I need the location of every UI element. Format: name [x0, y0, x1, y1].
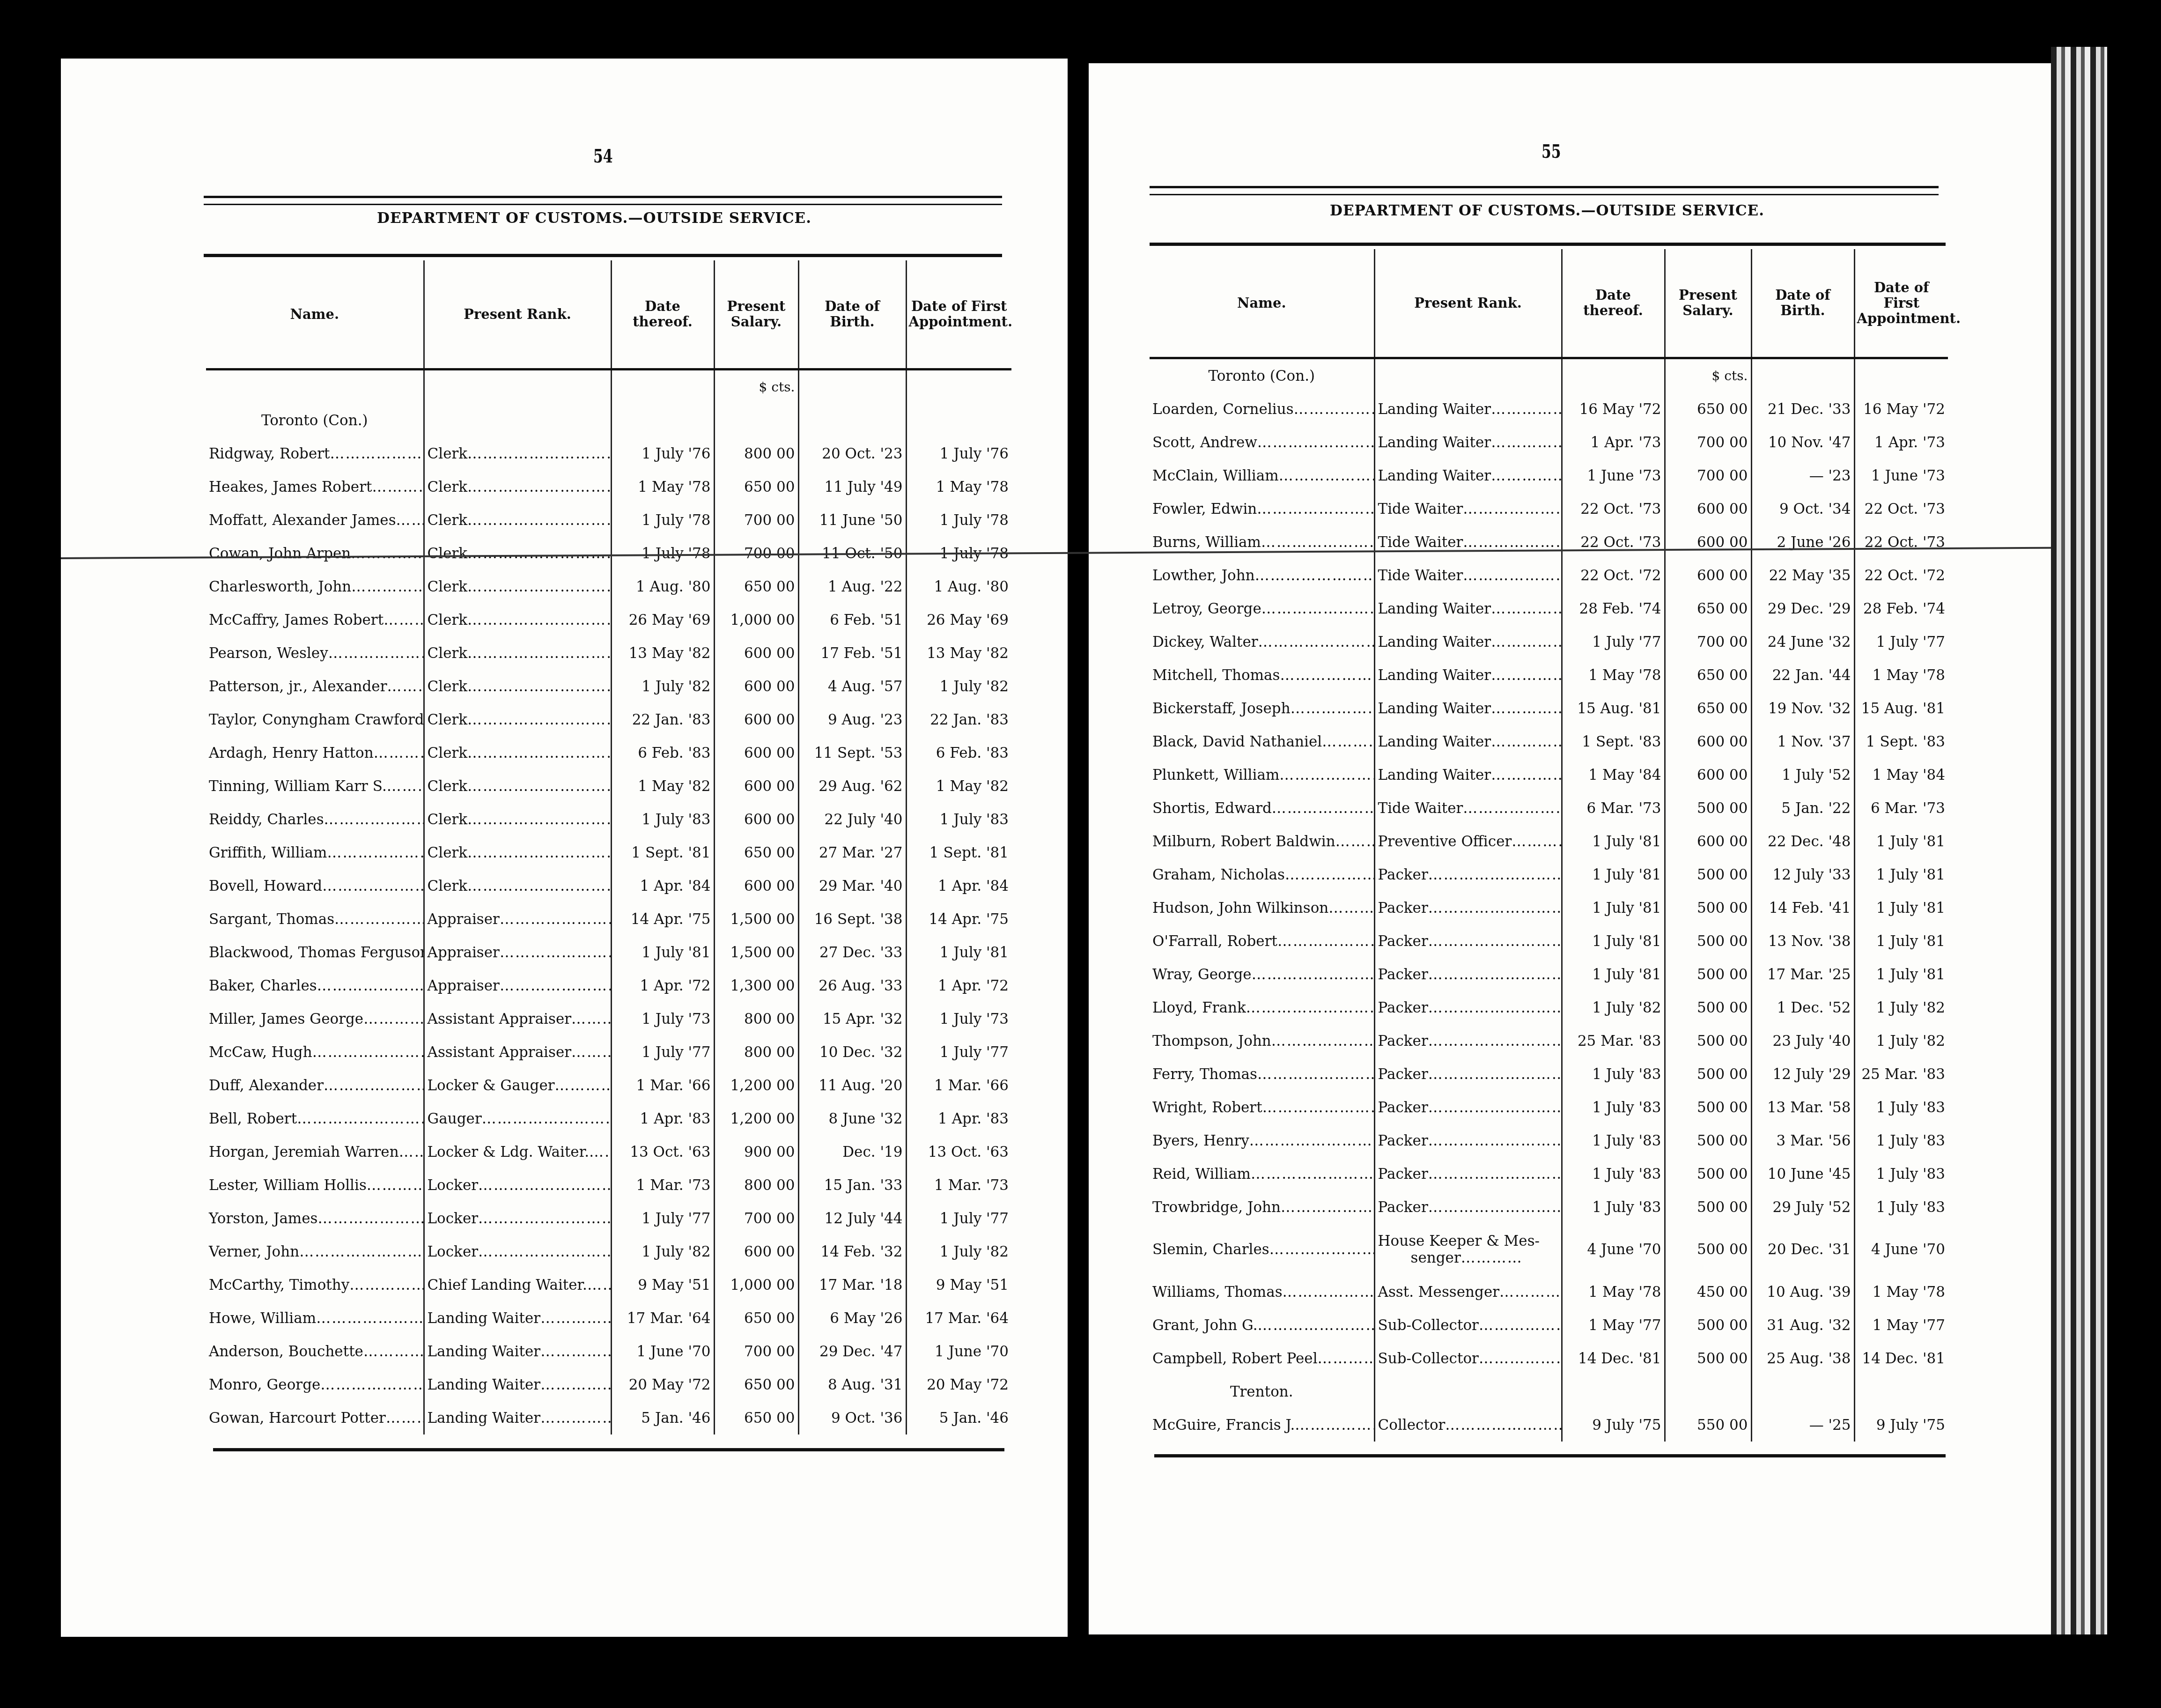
- name-cell: Black, David Nathaniel……………………………………: [1150, 725, 1374, 758]
- rank-cell: Clerk……………………………………: [424, 603, 611, 636]
- name-cell: Mitchell, Thomas……………………………………: [1150, 658, 1374, 692]
- table-row: Lester, William Hollis……………………………………Lock…: [206, 1168, 1011, 1202]
- leader-dots: ……………………………………: [1428, 900, 1562, 917]
- birth-date-cell: 17 Mar. '18: [798, 1268, 906, 1301]
- page-number-right: 55: [1541, 140, 1561, 163]
- salary-cell: 800 00: [714, 1002, 798, 1035]
- first-appointment-cell: 6 Feb. '83: [906, 736, 1011, 769]
- rank-text: Appraiser: [428, 911, 500, 928]
- rank-text: Locker: [428, 1210, 479, 1227]
- name-text: Mitchell, Thomas: [1152, 667, 1280, 684]
- table-row: Williams, Thomas……………………………………Asst. Mess…: [1150, 1275, 1948, 1309]
- name-text: Black, David Nathaniel: [1152, 733, 1322, 750]
- rank-cell: Locker……………………………………: [424, 1202, 611, 1235]
- rank-text: Asst. Messenger: [1378, 1284, 1500, 1301]
- leader-dots: ……………………………………: [363, 1343, 424, 1360]
- empty-cell: [1854, 1375, 1948, 1408]
- column-header: Date of Birth.: [798, 260, 906, 370]
- leader-dots: ……………………………………: [1428, 966, 1562, 983]
- leader-dots: ……………………………………: [1491, 467, 1562, 484]
- rank-cell: House Keeper & Mes-senger…………: [1374, 1224, 1562, 1275]
- name-text: Milburn, Robert Baldwin: [1152, 833, 1335, 850]
- first-appointment-cell: 1 July '82: [1854, 1024, 1948, 1057]
- salary-cell: 800 00: [714, 1168, 798, 1202]
- date-thereof-cell: 1 July '81: [1562, 825, 1665, 858]
- name-text: Scott, Andrew: [1152, 434, 1257, 451]
- table-row: Mitchell, Thomas……………………………………Landing Wa…: [1150, 658, 1948, 692]
- birth-date-cell: 10 Aug. '39: [1751, 1275, 1854, 1309]
- leader-dots: ……………………………………: [1491, 600, 1562, 617]
- leader-dots: ……………………………………: [1258, 634, 1374, 651]
- leader-dots: ……………………………………: [1428, 1099, 1562, 1116]
- name-text: Baker, Charles: [209, 977, 317, 994]
- leader-dots: ……………………………………: [467, 778, 611, 795]
- name-cell: Reid, William……………………………………: [1150, 1157, 1374, 1190]
- date-thereof-cell: 9 July '75: [1562, 1408, 1665, 1442]
- rank-cell: Chief Landing Waiter.……………………………………: [424, 1268, 611, 1301]
- salary-cell: 500 00: [1665, 1190, 1751, 1224]
- rank-text: Landing Waiter: [428, 1310, 541, 1327]
- salary-cell: 900 00: [714, 1135, 798, 1168]
- table-row: Reid, William……………………………………Packer……………………: [1150, 1157, 1948, 1190]
- name-cell: Reiddy, Charles……………………………………: [206, 803, 424, 836]
- first-appointment-cell: 1 July '83: [1854, 1190, 1948, 1224]
- salary-cell: 1,300 00: [714, 969, 798, 1002]
- leader-dots: ……………………………………: [399, 1144, 424, 1161]
- birth-date-cell: 29 July '52: [1751, 1190, 1854, 1224]
- empty-cell: [906, 370, 1011, 404]
- salary-cell: 500 00: [1665, 1157, 1751, 1190]
- name-text: Bickerstaff, Joseph: [1152, 700, 1291, 717]
- rank-text: Tide Waiter: [1378, 567, 1463, 584]
- date-thereof-cell: 1 July '83: [611, 803, 714, 836]
- salary-cell: 600 00: [714, 1235, 798, 1268]
- salary-cell: 500 00: [1665, 958, 1751, 991]
- leader-dots: ……………………………………: [587, 1277, 611, 1294]
- name-text: Dickey, Walter: [1152, 634, 1258, 651]
- date-thereof-cell: 1 July '76: [611, 437, 714, 470]
- first-appointment-cell: 1 May '77: [1854, 1309, 1948, 1342]
- birth-date-cell: 17 Mar. '25: [1751, 958, 1854, 991]
- name-text: Bovell, Howard: [209, 878, 322, 895]
- salary-cell: 700 00: [1665, 459, 1751, 492]
- leader-dots: ……………………………………: [1512, 833, 1562, 850]
- salary-cell: 650 00: [714, 470, 798, 503]
- birth-date-cell: 12 July '44: [798, 1202, 906, 1235]
- leader-dots: ……………………………………: [1428, 1066, 1562, 1083]
- first-appointment-cell: 1 Sept. '81: [906, 836, 1011, 869]
- name-text: Lester, William Hollis: [209, 1177, 367, 1194]
- name-text: Grant, John G.: [1152, 1317, 1258, 1334]
- first-appointment-cell: 1 July '81: [1854, 958, 1948, 991]
- rank-cell: Landing Waiter……………………………………: [1374, 658, 1562, 692]
- table-row: Pearson, Wesley……………………………………Clerk…………………: [206, 636, 1011, 670]
- date-thereof-cell: 1 July '78: [611, 503, 714, 537]
- name-text: Fowler, Edwin: [1152, 501, 1257, 518]
- name-cell: Patterson, jr., Alexander……………………………………: [206, 670, 424, 703]
- rank-cell: Packer……………………………………: [1374, 1091, 1562, 1124]
- salary-cell: 500 00: [1665, 1342, 1751, 1375]
- birth-date-cell: 2 June '26: [1751, 525, 1854, 559]
- first-appointment-cell: 1 July '77: [906, 1035, 1011, 1069]
- rank-text: Packer: [1378, 1199, 1428, 1216]
- name-text: Reid, William: [1152, 1166, 1251, 1183]
- table-row: Plunkett, William……………………………………Landing W…: [1150, 758, 1948, 791]
- section-row: Toronto (Con.)$ cts.: [1150, 358, 1948, 393]
- table-row: Heakes, James Robert……………………………………Clerk……: [206, 470, 1011, 503]
- rank-text: Clerk: [428, 745, 468, 762]
- name-cell: Byers, Henry……………………………………: [1150, 1124, 1374, 1157]
- table-row: Charlesworth, John……………………………………Clerk…………: [206, 570, 1011, 603]
- date-thereof-cell: 14 Dec. '81: [1562, 1342, 1665, 1375]
- birth-date-cell: Dec. '19: [798, 1135, 906, 1168]
- name-text: Pearson, Wesley: [209, 645, 328, 662]
- first-appointment-cell: 1 July '77: [1854, 625, 1948, 658]
- first-appointment-cell: 25 Mar. '83: [1854, 1057, 1948, 1091]
- table-row: Wray, George……………………………………Packer………………………: [1150, 958, 1948, 991]
- birth-date-cell: 22 Dec. '48: [1751, 825, 1854, 858]
- name-text: Sargant, Thomas: [209, 911, 334, 928]
- leader-dots: ……………………………………: [1428, 1132, 1562, 1149]
- leader-dots: ……………………………………: [500, 977, 611, 994]
- salary-cell: 650 00: [714, 1301, 798, 1335]
- name-text: Bell, Robert: [209, 1110, 297, 1127]
- date-thereof-cell: 1 July '83: [1562, 1091, 1665, 1124]
- birth-date-cell: 25 Aug. '38: [1751, 1342, 1854, 1375]
- leader-dots: ……………………………………: [467, 678, 611, 695]
- table-row: Horgan, Jeremiah Warren……………………………………Loc…: [206, 1135, 1011, 1168]
- date-thereof-cell: 20 May '72: [611, 1368, 714, 1401]
- rank-cell: Tide Waiter……………………………………: [1374, 559, 1562, 592]
- rank-cell: Clerk……………………………………: [424, 537, 611, 570]
- first-appointment-cell: 1 July '78: [906, 503, 1011, 537]
- name-text: O'Farrall, Robert: [1152, 933, 1277, 950]
- leader-dots: ……………………………………: [467, 844, 611, 861]
- birth-date-cell: 22 Jan. '44: [1751, 658, 1854, 692]
- empty-cell: [1751, 1375, 1854, 1408]
- birth-date-cell: 12 July '29: [1751, 1057, 1854, 1091]
- table-row: McCaw, Hugh……………………………………Assistant Appra…: [206, 1035, 1011, 1069]
- rank-cell: Packer……………………………………: [1374, 991, 1562, 1024]
- name-cell: Thompson, John……………………………………: [1150, 1024, 1374, 1057]
- leader-dots: ……………………………………: [500, 911, 611, 928]
- salary-cell: 650 00: [1665, 392, 1751, 426]
- salary-cell: 1,200 00: [714, 1069, 798, 1102]
- leader-dots: ……………………………………: [1428, 999, 1562, 1016]
- leader-dots: ……………………………………: [1257, 501, 1374, 518]
- first-appointment-cell: 1 May '78: [1854, 658, 1948, 692]
- name-text: Howe, William: [209, 1310, 316, 1327]
- name-text: Yorston, James: [209, 1210, 318, 1227]
- table-row: Taylor, Conyngham Crawford………………………………………: [206, 703, 1011, 736]
- header-rule-top-left: [204, 196, 1002, 205]
- leader-dots: ……………………………………: [1463, 800, 1562, 817]
- empty-cell: [714, 404, 798, 437]
- birth-date-cell: 27 Dec. '33: [798, 936, 906, 969]
- leader-dots: ……………………………………: [571, 1011, 611, 1028]
- column-header: Name.: [206, 260, 424, 370]
- leader-dots: ……………………………………: [320, 1376, 424, 1393]
- date-thereof-cell: 1 Sept. '83: [1562, 725, 1665, 758]
- rank-text: Clerk: [428, 612, 468, 628]
- rank-cell: Landing Waiter……………………………………: [1374, 459, 1562, 492]
- rank-text: Clerk: [428, 512, 468, 529]
- first-appointment-cell: 1 Apr. '73: [1854, 426, 1948, 459]
- table-bottom-rule-right: [1154, 1454, 1946, 1457]
- section-title: Toronto (Con.): [1150, 358, 1374, 393]
- table-row: Trowbridge, John……………………………………Packer……………: [1150, 1190, 1948, 1224]
- table-row: Lowther, John……………………………………Tide Waiter………: [1150, 559, 1948, 592]
- first-appointment-cell: 1 July '82: [906, 1235, 1011, 1268]
- first-appointment-cell: 1 June '73: [1854, 459, 1948, 492]
- salary-cell: 600 00: [1665, 525, 1751, 559]
- name-cell: Wright, Robert……………………………………: [1150, 1091, 1374, 1124]
- rank-cell: Tide Waiter……………………………………: [1374, 525, 1562, 559]
- name-text: Miller, James George: [209, 1011, 363, 1028]
- name-cell: Verner, John……………………………………: [206, 1235, 424, 1268]
- date-thereof-cell: 1 July '78: [611, 537, 714, 570]
- birth-date-cell: 31 Aug. '32: [1751, 1309, 1854, 1342]
- first-appointment-cell: 1 July '83: [1854, 1091, 1948, 1124]
- table-row: Duff, Alexander……………………………………Locker & Ga…: [206, 1069, 1011, 1102]
- leader-dots: ……………………………………: [351, 578, 424, 595]
- leader-dots: ……………………………………: [467, 612, 611, 628]
- table-row: Patterson, jr., Alexander……………………………………C…: [206, 670, 1011, 703]
- leader-dots: ……………………………………: [467, 445, 611, 462]
- rank-text: Clerk: [428, 545, 468, 562]
- salary-cell: 600 00: [714, 769, 798, 803]
- first-appointment-cell: 26 May '69: [906, 603, 1011, 636]
- birth-date-cell: 1 July '52: [1751, 758, 1854, 791]
- leader-dots: ……………………………………: [1479, 1350, 1562, 1367]
- empty-cell: [611, 370, 714, 404]
- salary-cell: 600 00: [714, 670, 798, 703]
- name-cell: McGuire, Francis J.……………………………………: [1150, 1408, 1374, 1442]
- name-text: McGuire, Francis J.: [1152, 1417, 1295, 1434]
- salary-cell: 650 00: [1665, 692, 1751, 725]
- table-row: McCaffry, James Robert……………………………………Cler…: [206, 603, 1011, 636]
- name-text: Wray, George: [1152, 966, 1252, 983]
- rank-cell: Locker……………………………………: [424, 1168, 611, 1202]
- name-cell: Cowan, John Arpen……………………………………: [206, 537, 424, 570]
- leader-dots: ……………………………………: [478, 1210, 611, 1227]
- empty-cell: [798, 404, 906, 437]
- date-thereof-cell: 1 July '81: [1562, 958, 1665, 991]
- rank-text: Assistant Appraiser: [428, 1011, 572, 1028]
- leader-dots: ……………………………………: [1499, 1284, 1562, 1301]
- first-appointment-cell: 1 July '81: [1854, 858, 1948, 891]
- rank-cell: Landing Waiter……………………………………: [1374, 725, 1562, 758]
- empty-cell: [1374, 1375, 1562, 1408]
- header-rule-bottom-left: [204, 254, 1002, 257]
- rank-text: Landing Waiter: [1378, 767, 1491, 784]
- birth-date-cell: 24 June '32: [1751, 625, 1854, 658]
- section-title: Trenton.: [1150, 1375, 1374, 1408]
- date-thereof-cell: 1 July '83: [1562, 1190, 1665, 1224]
- leader-dots: ……………………………………: [334, 911, 424, 928]
- leader-dots: ……………………………………: [1428, 1199, 1562, 1216]
- salary-cell: 600 00: [714, 869, 798, 902]
- birth-date-cell: 29 Dec. '47: [798, 1335, 906, 1368]
- birth-date-cell: 29 Dec. '29: [1751, 592, 1854, 625]
- salary-cell: 1,500 00: [714, 902, 798, 936]
- roster-table-right: Name.Present Rank.Date thereof.Present S…: [1150, 249, 1948, 1442]
- name-cell: Yorston, James……………………………………: [206, 1202, 424, 1235]
- date-thereof-cell: 1 July '81: [1562, 858, 1665, 891]
- name-cell: Letroy, George……………………………………: [1150, 592, 1374, 625]
- salary-cell: 650 00: [1665, 658, 1751, 692]
- table-row: Milburn, Robert Baldwin……………………………………Pre…: [1150, 825, 1948, 858]
- rank-cell: Clerk……………………………………: [424, 769, 611, 803]
- name-text: Griffith, William: [209, 844, 327, 861]
- header-rule-top-right: [1150, 186, 1939, 195]
- birth-date-cell: 3 Mar. '56: [1751, 1124, 1854, 1157]
- date-thereof-cell: 1 May '78: [1562, 1275, 1665, 1309]
- date-thereof-cell: 17 Mar. '64: [611, 1301, 714, 1335]
- table-row: Griffith, William……………………………………Clerk……………: [206, 836, 1011, 869]
- birth-date-cell: 9 Aug. '23: [798, 703, 906, 736]
- leader-dots: ……………………………………: [1271, 1033, 1374, 1050]
- leader-dots: ……………………………………: [324, 1077, 424, 1094]
- rank-text: Landing Waiter: [1378, 733, 1491, 750]
- table-row: Loarden, Cornelius……………………………………Landing …: [1150, 392, 1948, 426]
- table-row: Graham, Nicholas……………………………………Packer……………: [1150, 858, 1948, 891]
- name-text: Trowbridge, John: [1152, 1199, 1281, 1216]
- leader-dots: ……………………………………: [1251, 1166, 1374, 1183]
- leader-dots: ……………………………………: [467, 578, 611, 595]
- leader-dots: ……………………………………: [324, 811, 424, 828]
- empty-cell: [906, 404, 1011, 437]
- table-row: McClain, William……………………………………Landing Wa…: [1150, 459, 1948, 492]
- name-cell: Bovell, Howard……………………………………: [206, 869, 424, 902]
- rank-text: Packer: [1378, 933, 1428, 950]
- rank-cell: Packer……………………………………: [1374, 1124, 1562, 1157]
- table-row: Reiddy, Charles……………………………………Clerk…………………: [206, 803, 1011, 836]
- first-appointment-cell: 1 Apr. '84: [906, 869, 1011, 902]
- first-appointment-cell: 15 Aug. '81: [1854, 692, 1948, 725]
- leader-dots: ……………………………………: [1479, 1317, 1562, 1334]
- date-thereof-cell: 1 May '84: [1562, 758, 1665, 791]
- rank-cell: Tide Waiter……………………………………: [1374, 791, 1562, 825]
- rank-text: Locker & Gauger: [428, 1077, 555, 1094]
- leader-dots: ……………………………………: [1279, 767, 1374, 784]
- first-appointment-cell: 1 July '83: [1854, 1124, 1948, 1157]
- leader-dots: ……………………………………: [467, 811, 611, 828]
- leader-dots: ……………………………………: [1491, 667, 1562, 684]
- salary-cell: 650 00: [714, 1401, 798, 1434]
- leader-dots: ……………………………………: [1291, 700, 1374, 717]
- rank-text: Gauger: [428, 1110, 482, 1127]
- salary-cell: 700 00: [714, 1335, 798, 1368]
- rank-cell: Sub-Collector……………………………………: [1374, 1342, 1562, 1375]
- rank-text: Preventive Officer: [1378, 833, 1512, 850]
- salary-cell: 600 00: [1665, 559, 1751, 592]
- leader-dots: ……………………………………: [467, 878, 611, 895]
- rank-text: Clerk: [428, 678, 468, 695]
- birth-date-cell: 20 Oct. '23: [798, 437, 906, 470]
- salary-cell: 800 00: [714, 1035, 798, 1069]
- leader-dots: ……………………………………: [589, 1144, 611, 1161]
- first-appointment-cell: 1 July '81: [1854, 891, 1948, 924]
- name-cell: Miller, James George……………………………………: [206, 1002, 424, 1035]
- name-text: Thompson, John: [1152, 1033, 1271, 1050]
- date-thereof-cell: 25 Mar. '83: [1562, 1024, 1665, 1057]
- empty-cell: [1854, 358, 1948, 393]
- name-text: Verner, John: [209, 1243, 299, 1260]
- rank-text: Landing Waiter: [1378, 600, 1491, 617]
- name-text: Williams, Thomas: [1152, 1284, 1283, 1301]
- name-cell: Bell, Robert……………………………………: [206, 1102, 424, 1135]
- rank-cell: Packer……………………………………: [1374, 958, 1562, 991]
- table-row: Monro, George……………………………………Landing Waite…: [206, 1368, 1011, 1401]
- name-text: Lowther, John: [1152, 567, 1255, 584]
- rank-cell: Landing Waiter……………………………………: [1374, 592, 1562, 625]
- name-cell: Lester, William Hollis……………………………………: [206, 1168, 424, 1202]
- name-cell: Lowther, John……………………………………: [1150, 559, 1374, 592]
- leader-dots: ……………………………………: [1283, 1284, 1374, 1301]
- birth-date-cell: 10 Nov. '47: [1751, 426, 1854, 459]
- rank-text: Packer: [1378, 866, 1428, 883]
- first-appointment-cell: 1 Apr. '72: [906, 969, 1011, 1002]
- first-appointment-cell: 22 Oct. '72: [1854, 559, 1948, 592]
- leader-dots: ……………………………………: [363, 1011, 424, 1028]
- name-text: Blackwood, Thomas Ferguson: [209, 944, 424, 961]
- name-text: Campbell, Robert Peel: [1152, 1350, 1318, 1367]
- first-appointment-cell: 1 July '81: [906, 936, 1011, 969]
- rank-cell: Clerk……………………………………: [424, 470, 611, 503]
- date-thereof-cell: 15 Aug. '81: [1562, 692, 1665, 725]
- salary-cell: 650 00: [714, 836, 798, 869]
- leader-dots: ……………………………………: [1335, 833, 1374, 850]
- rank-text: Landing Waiter: [1378, 467, 1491, 484]
- date-thereof-cell: 1 Mar. '66: [611, 1069, 714, 1102]
- column-header: Date of First Appointment.: [906, 260, 1011, 370]
- table-row: Baker, Charles……………………………………Appraiser…………: [206, 969, 1011, 1002]
- name-cell: Duff, Alexander……………………………………: [206, 1069, 424, 1102]
- leader-dots: ……………………………………: [328, 645, 424, 662]
- leader-dots: ……………………………………: [297, 1110, 424, 1127]
- table-row: Campbell, Robert Peel……………………………………Sub-C…: [1150, 1342, 1948, 1375]
- leader-dots: ……………………………………: [1257, 434, 1374, 451]
- name-cell: Sargant, Thomas……………………………………: [206, 902, 424, 936]
- rank-cell: Packer……………………………………: [1374, 858, 1562, 891]
- salary-cell: 500 00: [1665, 1024, 1751, 1057]
- rank-cell: Clerk……………………………………: [424, 703, 611, 736]
- leader-dots: ……………………………………: [1281, 1199, 1374, 1216]
- first-appointment-cell: 13 Oct. '63: [906, 1135, 1011, 1168]
- name-text: Patterson, jr., Alexander: [209, 678, 387, 695]
- name-text: McCaffry, James Robert: [209, 612, 384, 628]
- empty-cell: [1665, 1375, 1751, 1408]
- table-row: Shortis, Edward……………………………………Tide Waiter…: [1150, 791, 1948, 825]
- table-row: Grant, John G.……………………………………Sub-Collecto…: [1150, 1309, 1948, 1342]
- date-thereof-cell: 1 July '77: [1562, 625, 1665, 658]
- rank-text: Packer: [1378, 1132, 1428, 1149]
- date-thereof-cell: 1 July '83: [1562, 1124, 1665, 1157]
- leader-dots: ……………………………………: [467, 545, 611, 562]
- rank-text: Locker: [428, 1177, 479, 1194]
- leader-dots: ……………………………………: [555, 1077, 611, 1094]
- leader-dots: ……………………………………: [349, 1277, 424, 1294]
- table-row: Miller, James George……………………………………Assist…: [206, 1002, 1011, 1035]
- birth-date-cell: 13 Nov. '38: [1751, 924, 1854, 958]
- birth-date-cell: 26 Aug. '33: [798, 969, 906, 1002]
- name-cell: Moffatt, Alexander James……………………………………: [206, 503, 424, 537]
- salary-cell: 600 00: [1665, 758, 1751, 791]
- name-cell: Trowbridge, John……………………………………: [1150, 1190, 1374, 1224]
- leader-dots: ……………………………………: [540, 1410, 611, 1427]
- rank-text: Locker & Ldg. Waiter.: [428, 1144, 589, 1161]
